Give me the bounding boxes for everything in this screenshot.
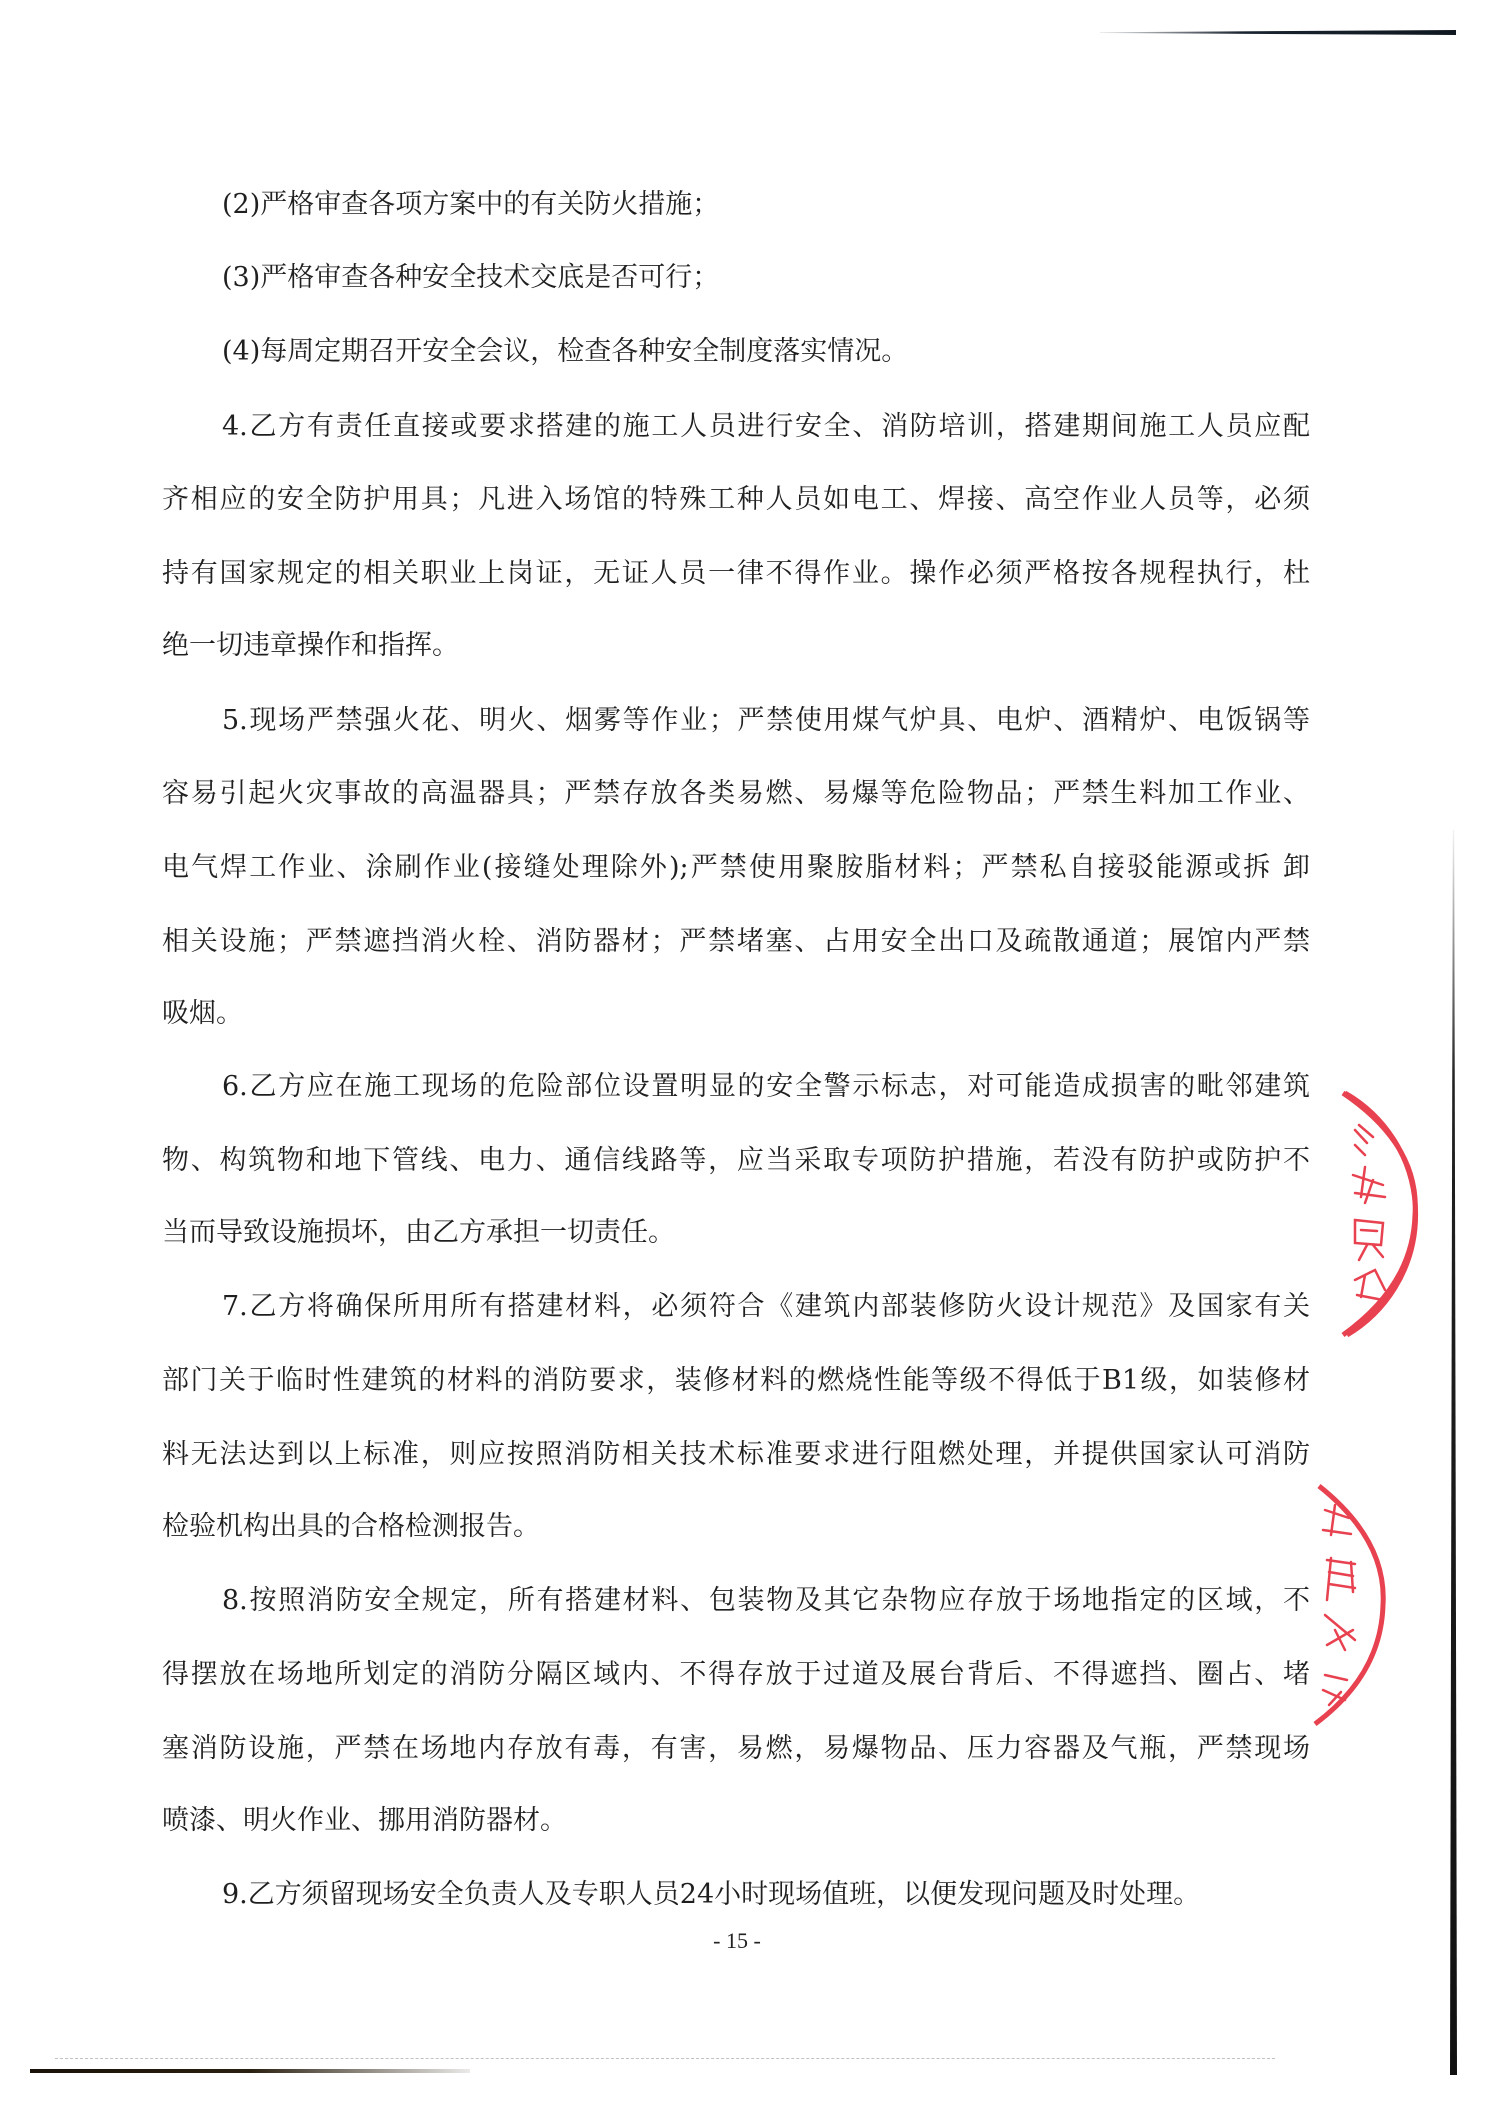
body-line: 检验机构出具的合格检测报告。: [162, 1509, 1310, 1545]
body-line: 当而导致设施损坏，由乙方承担一切责任。: [162, 1215, 1310, 1251]
body-line: 部门关于临时性建筑的材料的消防要求，装修材料的燃烧性能等级不得低于B1级，如装修…: [162, 1363, 1310, 1399]
body-line: 相关设施；严禁遮挡消火栓、消防器材；严禁堵塞、占用安全出口及疏散通道；展馆内严禁: [162, 924, 1310, 960]
body-line: 容易引起火灾事故的高温器具；严禁存放各类易燃、易爆等危险物品；严禁生料加工作业、: [162, 776, 1310, 812]
body-line: 吸烟。: [162, 996, 1310, 1032]
body-line: 8.按照消防安全规定，所有搭建材料、包装物及其它杂物应存放于场地指定的区域，不: [222, 1583, 1310, 1619]
company-seal-partial: [1305, 1480, 1405, 1730]
body-line: 料无法达到以上标准，则应按照消防相关技术标准要求进行阻燃处理，并提供国家认可消防: [162, 1437, 1310, 1473]
body-line: 物、构筑物和地下管线、电力、通信线路等，应当采取专项防护措施，若没有防护或防护不: [162, 1143, 1310, 1179]
scan-edge-bottom-rule: [30, 2069, 470, 2073]
body-line: 9.乙方须留现场安全负责人及专职人员24小时现场值班，以便发现问题及时处理。: [222, 1877, 1310, 1913]
document-page: (2)严格审查各项方案中的有关防火措施； (3)严格审查各种安全技术交底是否可行…: [0, 0, 1487, 2105]
page-number: - 15 -: [687, 1926, 787, 1956]
body-line: 塞消防设施，严禁在场地内存放有毒，有害，易燃，易爆物品、压力容器及气瓶，严禁现场: [162, 1731, 1310, 1767]
body-line: 齐相应的安全防护用具；凡进入场馆的特殊工种人员如电工、焊接、高空作业人员等，必须: [162, 482, 1310, 518]
body-line: (4)每周定期召开安全会议，检查各种安全制度落实情况。: [222, 334, 1310, 370]
body-line: 得摆放在场地所划定的消防分隔区域内、不得存放于过道及展台背后、不得遮挡、圈占、堵: [162, 1657, 1310, 1693]
committee-seal-partial: [1325, 1085, 1435, 1345]
seal-stamp-icon: [1305, 1480, 1405, 1730]
body-line: 5.现场严禁强火花、明火、烟雾等作业；严禁使用煤气炉具、电炉、酒精炉、电饭锅等: [222, 703, 1310, 739]
body-line: 6.乙方应在施工现场的危险部位设置明显的安全警示标志，对可能造成损害的毗邻建筑: [222, 1069, 1310, 1105]
body-line: (3)严格审查各种安全技术交底是否可行；: [222, 260, 1310, 296]
seal-stamp-icon: [1325, 1085, 1435, 1345]
scan-edge-top-rule: [1100, 30, 1456, 35]
body-line: 电气焊工作业、涂刷作业(接缝处理除外);严禁使用聚胺脂材料；严禁私自接驳能源或拆…: [162, 850, 1310, 886]
body-line: 持有国家规定的相关职业上岗证，无证人员一律不得作业。操作必须严格按各规程执行，杜: [162, 556, 1310, 592]
body-line: 喷漆、明火作业、挪用消防器材。: [162, 1803, 1310, 1839]
body-line: 4.乙方有责任直接或要求搭建的施工人员进行安全、消防培训，搭建期间施工人员应配: [222, 409, 1310, 445]
scan-edge-right-rule: [1450, 830, 1457, 2075]
body-line: 7.乙方将确保所用所有搭建材料，必须符合《建筑内部装修防火设计规范》及国家有关: [222, 1289, 1310, 1325]
body-line: (2)严格审查各项方案中的有关防火措施；: [222, 187, 1310, 223]
body-line: 绝一切违章操作和指挥。: [162, 628, 1310, 664]
scan-edge-dashed-rule: [55, 2058, 1275, 2059]
